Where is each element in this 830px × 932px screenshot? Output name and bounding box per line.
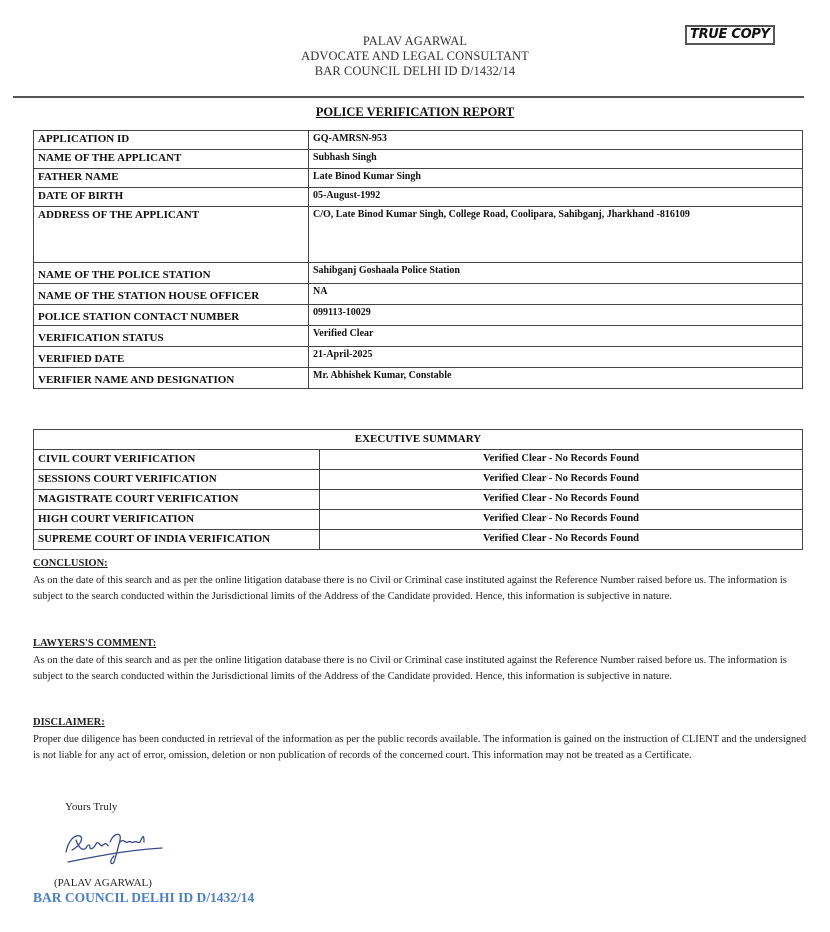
- field-label: DATE OF BIRTH: [34, 188, 309, 207]
- conclusion-text: As on the date of this search and as per…: [33, 573, 813, 606]
- field-value: Mr. Abhishek Kumar, Constable: [309, 368, 803, 389]
- table-row: POLICE STATION CONTACT NUMBER099113-1002…: [34, 305, 803, 326]
- court-status: Verified Clear - No Records Found: [320, 490, 803, 510]
- field-label: POLICE STATION CONTACT NUMBER: [34, 305, 309, 326]
- advocate-bar-id: BAR COUNCIL DELHI ID D/1432/14: [0, 64, 830, 79]
- advocate-designation: ADVOCATE AND LEGAL CONSULTANT: [0, 49, 830, 64]
- court-label: HIGH COURT VERIFICATION: [34, 510, 320, 530]
- field-value: 099113-10029: [309, 305, 803, 326]
- lawyers-comment-section: LAWYERS'S COMMENT: As on the date of thi…: [33, 636, 813, 686]
- table-row: VERIFIER NAME AND DESIGNATIONMr. Abhishe…: [34, 368, 803, 389]
- court-status: Verified Clear - No Records Found: [320, 530, 803, 550]
- field-label: VERIFIED DATE: [34, 347, 309, 368]
- field-value: Verified Clear: [309, 326, 803, 347]
- advocate-name: PALAV AGARWAL: [0, 34, 830, 49]
- disclaimer-text: Proper due diligence has been conducted …: [33, 732, 813, 765]
- lawyers-comment-heading: LAWYERS'S COMMENT:: [33, 636, 813, 653]
- field-label: NAME OF THE APPLICANT: [34, 150, 309, 169]
- court-label: CIVIL COURT VERIFICATION: [34, 450, 320, 470]
- court-status: Verified Clear - No Records Found: [320, 450, 803, 470]
- table-row: FATHER NAMELate Binod Kumar Singh: [34, 169, 803, 188]
- field-value: 21-April-2025: [309, 347, 803, 368]
- lawyers-comment-text: As on the date of this search and as per…: [33, 653, 813, 686]
- table-row: SESSIONS COURT VERIFICATIONVerified Clea…: [34, 470, 803, 490]
- applicant-details-table: APPLICATION IDGQ-AMRSN-953 NAME OF THE A…: [33, 130, 803, 389]
- field-value: 05-August-1992: [309, 188, 803, 207]
- field-label: ADDRESS OF THE APPLICANT: [34, 207, 309, 263]
- court-label: MAGISTRATE COURT VERIFICATION: [34, 490, 320, 510]
- table-row: NAME OF THE POLICE STATIONSahibganj Gosh…: [34, 263, 803, 284]
- signatory-bar-id: BAR COUNCIL DELHI ID D/1432/14: [33, 890, 254, 906]
- table-row: SUPREME COURT OF INDIA VERIFICATIONVerif…: [34, 530, 803, 550]
- table-row: HIGH COURT VERIFICATIONVerified Clear - …: [34, 510, 803, 530]
- field-label: NAME OF THE POLICE STATION: [34, 263, 309, 284]
- header-divider: [13, 96, 804, 98]
- field-value: GQ-AMRSN-953: [309, 131, 803, 150]
- conclusion-section: CONCLUSION: As on the date of this searc…: [33, 556, 813, 606]
- table-row: ADDRESS OF THE APPLICANTC/O, Late Binod …: [34, 207, 803, 263]
- court-label: SESSIONS COURT VERIFICATION: [34, 470, 320, 490]
- table-row: MAGISTRATE COURT VERIFICATIONVerified Cl…: [34, 490, 803, 510]
- field-label: APPLICATION ID: [34, 131, 309, 150]
- closing-salutation: Yours Truly: [65, 801, 117, 813]
- field-label: VERIFICATION STATUS: [34, 326, 309, 347]
- table-row: NAME OF THE STATION HOUSE OFFICERNA: [34, 284, 803, 305]
- court-label: SUPREME COURT OF INDIA VERIFICATION: [34, 530, 320, 550]
- table-row: CIVIL COURT VERIFICATIONVerified Clear -…: [34, 450, 803, 470]
- field-value: NA: [309, 284, 803, 305]
- table-row: VERIFIED DATE21-April-2025: [34, 347, 803, 368]
- field-value: Subhash Singh: [309, 150, 803, 169]
- executive-summary-title: EXECUTIVE SUMMARY: [34, 430, 803, 450]
- table-row: APPLICATION IDGQ-AMRSN-953: [34, 131, 803, 150]
- court-status: Verified Clear - No Records Found: [320, 510, 803, 530]
- conclusion-heading: CONCLUSION:: [33, 556, 813, 573]
- table-header-row: EXECUTIVE SUMMARY: [34, 430, 803, 450]
- table-row: VERIFICATION STATUSVerified Clear: [34, 326, 803, 347]
- letterhead: PALAV AGARWAL ADVOCATE AND LEGAL CONSULT…: [0, 34, 830, 79]
- disclaimer-heading: DISCLAIMER:: [33, 715, 813, 732]
- field-value: C/O, Late Binod Kumar Singh, College Roa…: [309, 207, 803, 263]
- field-label: VERIFIER NAME AND DESIGNATION: [34, 368, 309, 389]
- court-status: Verified Clear - No Records Found: [320, 470, 803, 490]
- executive-summary-table: EXECUTIVE SUMMARY CIVIL COURT VERIFICATI…: [33, 429, 803, 550]
- disclaimer-section: DISCLAIMER: Proper due diligence has bee…: [33, 715, 813, 765]
- field-value: Sahibganj Goshaala Police Station: [309, 263, 803, 284]
- table-row: NAME OF THE APPLICANTSubhash Singh: [34, 150, 803, 169]
- field-value: Late Binod Kumar Singh: [309, 169, 803, 188]
- signature-icon: [58, 822, 168, 872]
- report-title: POLICE VERIFICATION REPORT: [0, 105, 830, 120]
- field-label: FATHER NAME: [34, 169, 309, 188]
- signatory-name: (PALAV AGARWAL): [54, 877, 152, 889]
- table-row: DATE OF BIRTH05-August-1992: [34, 188, 803, 207]
- field-label: NAME OF THE STATION HOUSE OFFICER: [34, 284, 309, 305]
